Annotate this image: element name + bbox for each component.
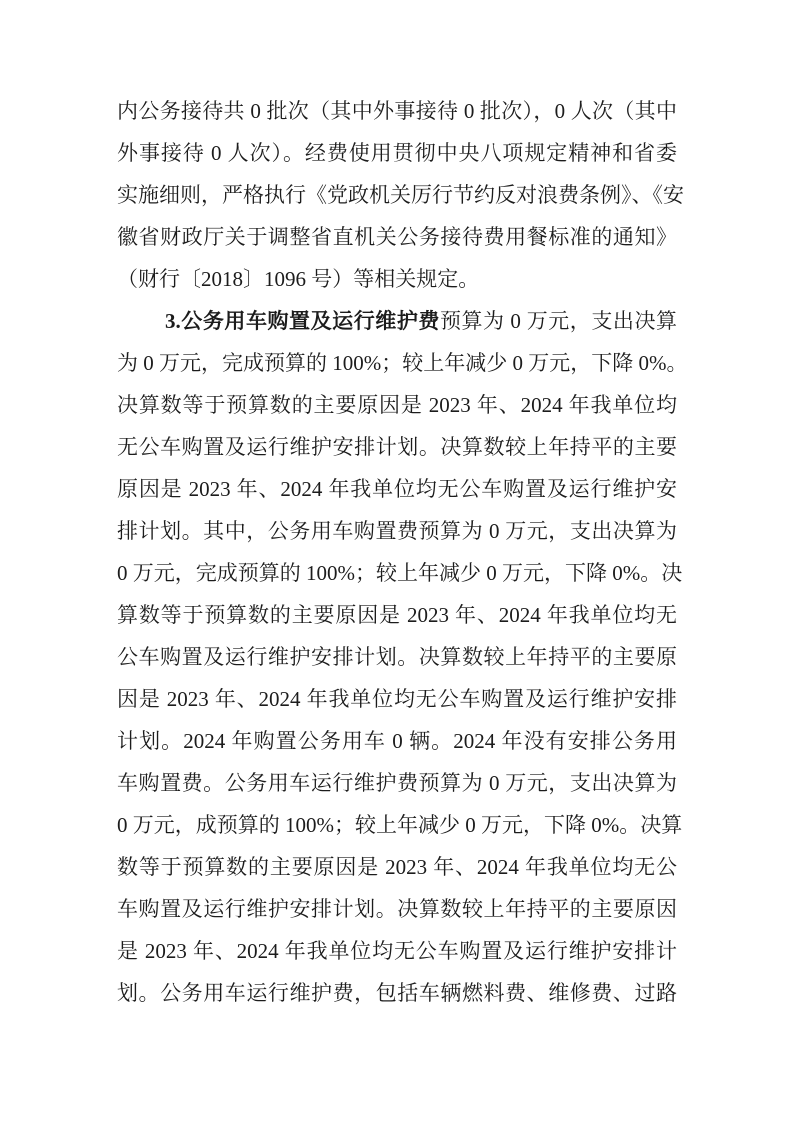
p2-line: 无公车购置及运行维护安排计划。决算数较上年持平的主要 — [117, 426, 677, 468]
p2-line: 决算数等于预算数的主要原因是 2023 年、2024 年我单位均 — [117, 384, 677, 426]
p2-line: 算数等于预算数的主要原因是 2023 年、2024 年我单位均无 — [117, 594, 677, 636]
p2-line: 排计划。其中，公务用车购置费预算为 0 万元，支出决算为 — [117, 510, 677, 552]
p2-line: 车购置费。公务用车运行维护费预算为 0 万元，支出决算为 — [117, 762, 677, 804]
p1-line: 外事接待 0 人次）。经费使用贯彻中央八项规定精神和省委 — [117, 132, 677, 174]
p2-line: 因是 2023 年、2024 年我单位均无公车购置及运行维护安排 — [117, 678, 677, 720]
p2-line: 原因是 2023 年、2024 年我单位均无公车购置及运行维护安 — [117, 468, 677, 510]
p2-line: 划。公务用车运行维护费，包括车辆燃料费、维修费、过路 — [117, 972, 677, 1014]
document-text-block: 内公务接待共 0 批次（其中外事接待 0 批次），0 人次（其中 外事接待 0 … — [117, 90, 677, 1014]
section-heading: 3.公务用车购置及运行维护费 — [165, 309, 440, 333]
p2-line: 为 0 万元，完成预算的 100%；较上年减少 0 万元，下降 0%。 — [117, 342, 677, 384]
p1-line: 内公务接待共 0 批次（其中外事接待 0 批次），0 人次（其中 — [117, 90, 677, 132]
p1-line: 徽省财政厅关于调整省直机关公务接待费用餐标准的通知》 — [117, 216, 677, 258]
p2-line: 0 万元，成预算的 100%；较上年减少 0 万元，下降 0%。决算 — [117, 804, 677, 846]
document-page: 内公务接待共 0 批次（其中外事接待 0 批次），0 人次（其中 外事接待 0 … — [0, 0, 793, 1122]
p1-line-last: （财行〔2018〕1096 号）等相关规定。 — [117, 258, 677, 300]
p2-line: 是 2023 年、2024 年我单位均无公车购置及运行维护安排计 — [117, 930, 677, 972]
p2-heading-line: 3.公务用车购置及运行维护费预算为 0 万元，支出决算 — [117, 300, 677, 342]
section-heading-rest: 预算为 0 万元，支出决算 — [440, 309, 677, 333]
p2-line: 车购置及运行维护安排计划。决算数较上年持平的主要原因 — [117, 888, 677, 930]
p1-line: 实施细则，严格执行《党政机关厉行节约反对浪费条例》、《安 — [117, 174, 677, 216]
p2-line: 公车购置及运行维护安排计划。决算数较上年持平的主要原 — [117, 636, 677, 678]
p2-line: 数等于预算数的主要原因是 2023 年、2024 年我单位均无公 — [117, 846, 677, 888]
p2-line: 计划。2024 年购置公务用车 0 辆。2024 年没有安排公务用 — [117, 720, 677, 762]
p2-line: 0 万元，完成预算的 100%；较上年减少 0 万元，下降 0%。决 — [117, 552, 677, 594]
